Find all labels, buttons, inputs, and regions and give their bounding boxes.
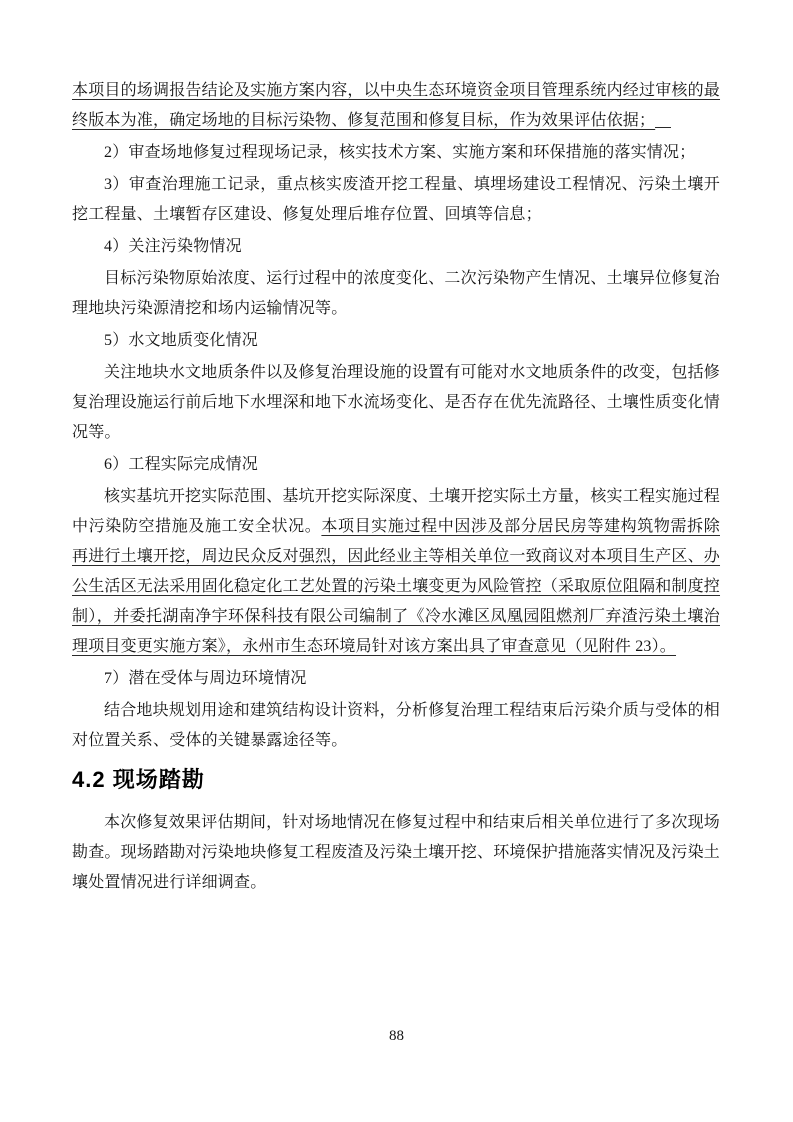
- paragraph-continued: 本项目的场调报告结论及实施方案内容，以中央生态环境资金项目管理系统内经过审核的最…: [72, 76, 720, 136]
- list-item-text: 3）审查治理施工记录，重点核实废渣开挖工程量、填埋场建设工程情况、污染土壤开挖工…: [72, 176, 720, 223]
- paragraph-project-completion: 核实基坑开挖实际范围、基坑开挖实际深度、土壤开挖实际土方量，核实工程实施过程中污…: [72, 482, 720, 662]
- list-item-4: 4）关注污染物情况: [72, 232, 720, 262]
- list-item-text: 6）工程实际完成情况: [104, 456, 258, 473]
- underline-extension: [655, 125, 671, 128]
- list-item-text: 4）关注污染物情况: [104, 238, 242, 255]
- list-item-5: 5）水文地质变化情况: [72, 326, 720, 356]
- underlined-text-segment: 本项目实施过程中因涉及部分居民房等建构筑物需拆除再进行土壤开挖，周边民众反对强烈…: [72, 518, 720, 655]
- paragraph-text: 关注地块水文地质条件以及修复治理设施的设置有可能对水文地质条件的改变，包括修复治…: [72, 364, 720, 441]
- list-item-7: 7）潜在受体与周边环境情况: [72, 664, 720, 694]
- page-number: 88: [0, 1028, 793, 1045]
- paragraph-pollutants-detail: 目标污染物原始浓度、运行过程中的浓度变化、二次污染物产生情况、土壤异位修复治理地…: [72, 264, 720, 324]
- paragraph-site-reconnaissance: 本次修复效果评估期间，针对场地情况在修复过程中和结束后相关单位进行了多次现场勘查…: [72, 808, 720, 898]
- section-heading-4-2: 4.2 现场踏勘: [72, 765, 720, 795]
- paragraph-text: 本次修复效果评估期间，针对场地情况在修复过程中和结束后相关单位进行了多次现场勘查…: [72, 814, 720, 891]
- list-item-6: 6）工程实际完成情况: [72, 450, 720, 480]
- document-page: 本项目的场调报告结论及实施方案内容，以中央生态环境资金项目管理系统内经过审核的最…: [0, 0, 793, 1122]
- paragraph-receptor-detail: 结合地块规划用途和建筑结构设计资料，分析修复治理工程结束后污染介质与受体的相对位…: [72, 696, 720, 756]
- list-item-text: 7）潜在受体与周边环境情况: [104, 670, 307, 687]
- list-item-text: 2）审查场地修复过程现场记录，核实技术方案、实施方案和环保措施的落实情况；: [104, 144, 695, 161]
- paragraph-text: 目标污染物原始浓度、运行过程中的浓度变化、二次污染物产生情况、土壤异位修复治理地…: [72, 270, 720, 317]
- paragraph-hydrogeology-detail: 关注地块水文地质条件以及修复治理设施的设置有可能对水文地质条件的改变，包括修复治…: [72, 358, 720, 448]
- page-body: 本项目的场调报告结论及实施方案内容，以中央生态环境资金项目管理系统内经过审核的最…: [72, 76, 720, 898]
- underlined-text-segment: 本项目的场调报告结论及实施方案内容，以中央生态环境资金项目管理系统内经过审核的最…: [72, 82, 720, 129]
- paragraph-text: 结合地块规划用途和建筑结构设计资料，分析修复治理工程结束后污染介质与受体的相对位…: [72, 702, 720, 749]
- list-item-text: 5）水文地质变化情况: [104, 332, 258, 349]
- list-item-2: 2）审查场地修复过程现场记录，核实技术方案、实施方案和环保措施的落实情况；: [72, 138, 720, 168]
- list-item-3: 3）审查治理施工记录，重点核实废渣开挖工程量、填埋场建设工程情况、污染土壤开挖工…: [72, 170, 720, 230]
